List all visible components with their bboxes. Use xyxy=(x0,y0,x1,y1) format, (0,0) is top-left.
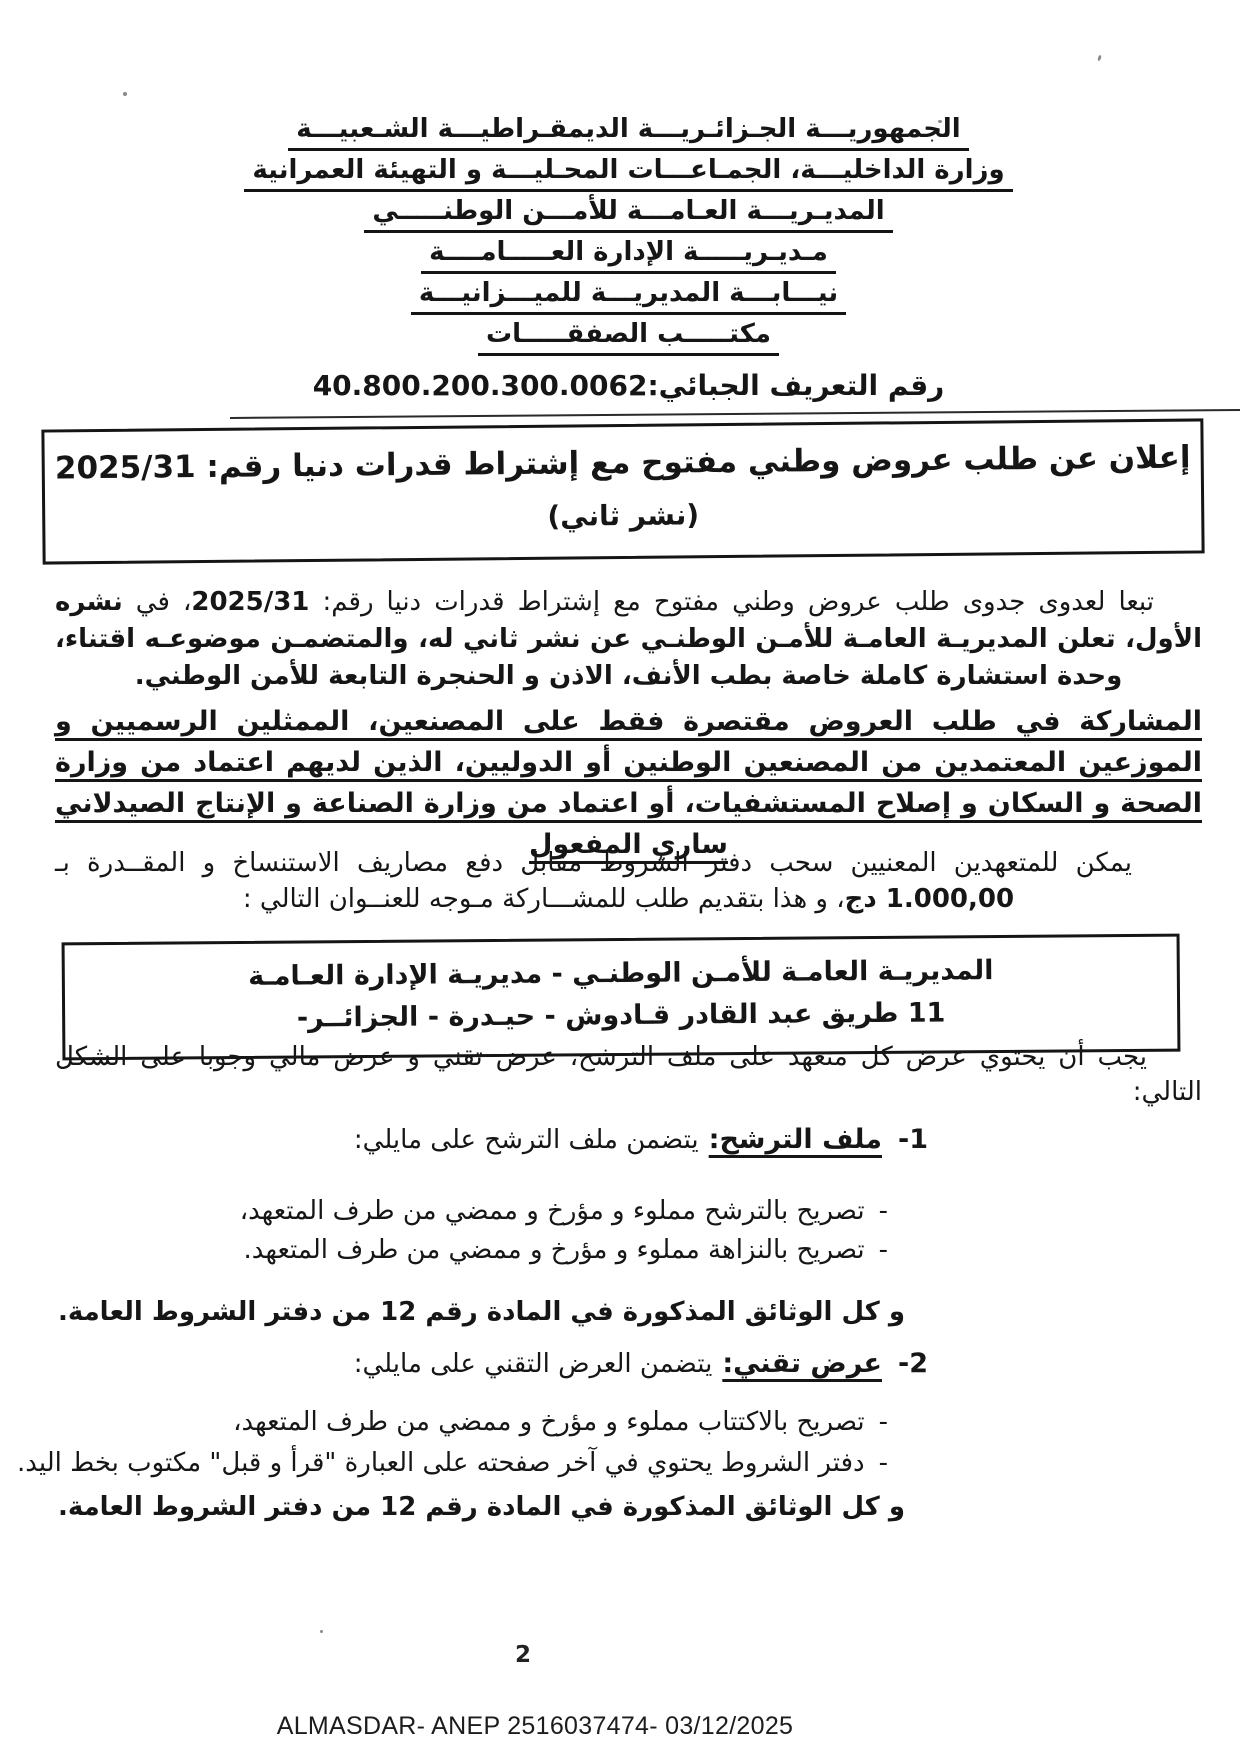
scan-speck xyxy=(123,92,127,96)
withdrawal-part2: ، و هذا بتقديم طلب للمشـــاركة مـوجه للع… xyxy=(243,884,845,914)
official-letterhead: الجمهوريـــة الجـزائـريـــة الديمقـراطيـ… xyxy=(55,112,1202,358)
dash-bullet-icon: - xyxy=(879,1402,888,1443)
page-number: 2 xyxy=(0,1642,1046,1668)
section-2-title: عرض تقني: xyxy=(722,1348,882,1379)
scan-speck xyxy=(1097,55,1102,62)
list-item: - تصريح بالترشح مملوء و مؤرخ و ممضي من ط… xyxy=(55,1192,888,1231)
tender-title: إعلان عن طلب عروض وطني مفتوح مع إشتراط ق… xyxy=(53,440,1193,487)
intro-part2: ، في xyxy=(123,587,192,617)
section-1-intro: يتضمن ملف الترشح على مايلي: xyxy=(354,1125,699,1155)
offer-structure-paragraph: يجب أن يحتوي عرض كل متعهد على ملف الترشح… xyxy=(55,1040,1202,1110)
scan-speck xyxy=(320,1630,323,1633)
dash-bullet-icon: - xyxy=(879,1231,888,1270)
list-item: - تصريح بالاكتتاب مملوء و مؤرخ و ممضي من… xyxy=(55,1402,888,1443)
tax-id-label: رقم التعريف الجبائي: xyxy=(647,369,944,402)
header-line-administration: مـديـريـــــة الإدارة العـــــامــــة xyxy=(55,235,1202,276)
section-2-intro: يتضمن العرض التقني على مايلي: xyxy=(354,1349,713,1379)
header-line-contracts-office: مكتـــــب الصفقـــــات xyxy=(55,317,1202,358)
scan-artifact-line xyxy=(230,409,1240,419)
dash-bullet-icon: - xyxy=(879,1192,888,1231)
section-2-heading: 2-عرض تقني:يتضمن العرض التقني على مايلي: xyxy=(55,1348,928,1379)
intro-paragraph: تبعا لعدوى جدوى طلب عروض وطني مفتوح مع إ… xyxy=(55,584,1202,695)
section-1-note: و كل الوثائق المذكورة في المادة رقم 12 م… xyxy=(55,1297,905,1327)
address-line-2: 11 طريق عبد القادر قـادوش - حيـدرة - الج… xyxy=(69,991,1173,1042)
anep-credit-line: ALMASDAR- ANEP 2516037474- 03/12/2025 xyxy=(0,1712,1070,1741)
intro-part1: تبعا لعدوى جدوى طلب عروض وطني مفتوح مع إ… xyxy=(309,587,1154,617)
section-2-bullets: - تصريح بالاكتتاب مملوء و مؤرخ و ممضي من… xyxy=(55,1402,888,1484)
header-line-dgsn: المديـريـــة العـامـــة للأمـــن الوطنــ… xyxy=(55,194,1202,235)
section-1-number: 1- xyxy=(898,1124,928,1155)
section-1-heading: 1-ملف الترشح:يتضمن ملف الترشح على مايلي: xyxy=(55,1124,928,1155)
section-2-note: و كل الوثائق المذكورة في المادة رقم 12 م… xyxy=(55,1492,905,1522)
tax-id-value: 40.800.200.300.0062 xyxy=(313,369,648,402)
tender-reference-number: 2025/31 xyxy=(191,587,309,617)
withdrawal-paragraph: يمكن للمتعهدين المعنيين سحب دفتر الشروط … xyxy=(55,845,1202,917)
section-1-title: ملف الترشح: xyxy=(709,1124,882,1155)
reproduction-fee-amount: 1.000,00 دج xyxy=(845,884,1014,914)
list-item: - تصريح بالنزاهة مملوء و مؤرخ و ممضي من … xyxy=(55,1231,888,1270)
tender-subtitle: (نشر ثاني) xyxy=(53,494,1193,538)
withdrawal-part1: يمكن للمتعهدين المعنيين سحب دفتر الشروط … xyxy=(55,848,1132,878)
dash-bullet-icon: - xyxy=(879,1443,888,1484)
participation-notice: المشاركة في طلب العروض مقتصرة فقط على ال… xyxy=(55,701,1202,865)
header-line-ministry: وزارة الداخليـــة، الجمـاعـــات المحـليـ… xyxy=(55,153,1202,194)
section-2-number: 2- xyxy=(898,1348,928,1379)
list-item: - دفتر الشروط يحتوي في آخر صفحته على الع… xyxy=(55,1443,888,1484)
header-line-budget: نيـــابـــة المديريـــة للميـــزانيـــة xyxy=(55,276,1202,317)
scanned-document-page: الجمهوريـــة الجـزائـريـــة الديمقـراطيـ… xyxy=(0,0,1240,1754)
tax-id-line: رقم التعريف الجبائي:40.800.200.300.0062 xyxy=(55,369,1202,402)
section-1-bullets: - تصريح بالترشح مملوء و مؤرخ و ممضي من ط… xyxy=(55,1192,888,1270)
announcement-title-box: إعلان عن طلب عروض وطني مفتوح مع إشتراط ق… xyxy=(41,418,1204,564)
header-line-republic: الجمهوريـــة الجـزائـريـــة الديمقـراطيـ… xyxy=(55,112,1202,153)
